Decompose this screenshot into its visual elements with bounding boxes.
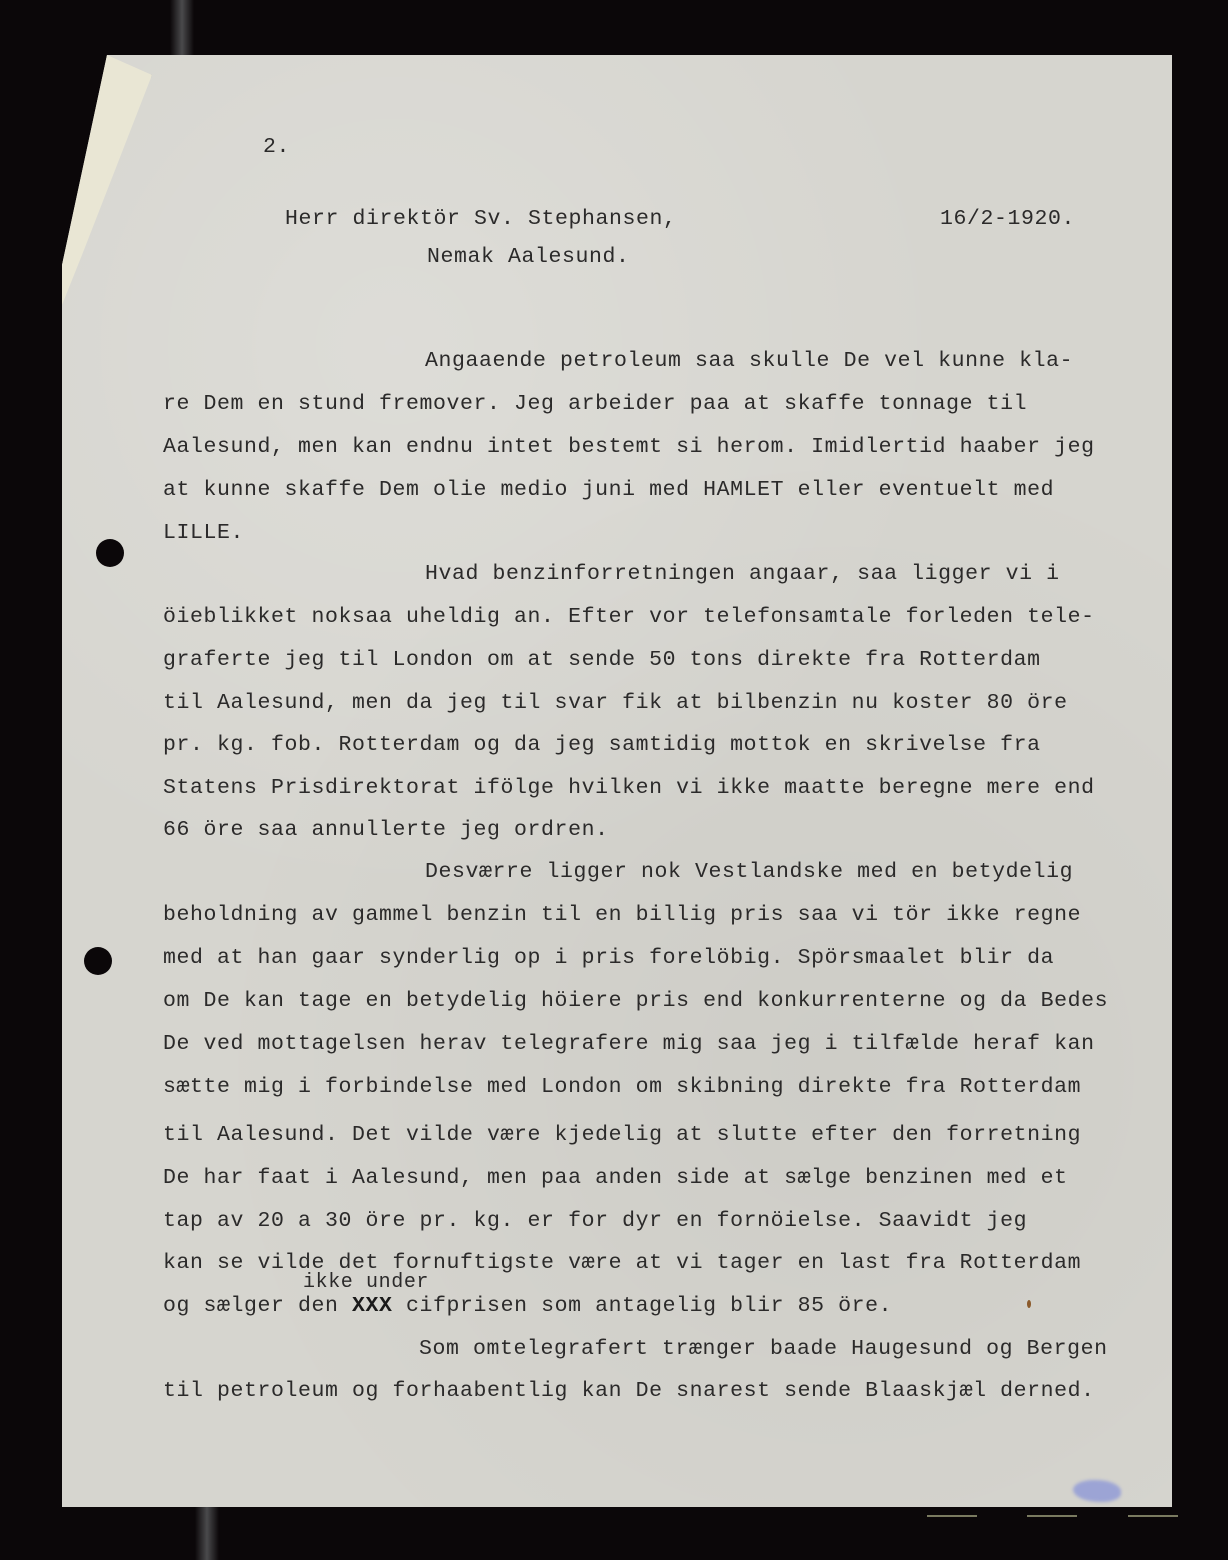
body-line: beholdning av gammel benzin til en billi… <box>163 903 1081 927</box>
struck-out-text: XXX <box>352 1294 393 1318</box>
body-line: om De kan tage en betydelig höiere pris … <box>163 989 1108 1013</box>
scanner-streak-bottom <box>195 1507 219 1560</box>
body-line: pr. kg. fob. Rotterdam og da jeg samtidi… <box>163 733 1041 757</box>
body-line: til Aalesund. Det vilde være kjedelig at… <box>163 1123 1081 1147</box>
addressee: Herr direktör Sv. Stephansen, <box>285 207 677 231</box>
body-line: Aalesund, men kan endnu intet bestemt si… <box>163 435 1095 459</box>
body-line: LILLE. <box>163 521 244 545</box>
body-line: Hvad benzinforretningen angaar, saa ligg… <box>425 562 1060 586</box>
typed-insertion: ikke under <box>303 1271 429 1294</box>
body-line: tap av 20 a 30 öre pr. kg. er for dyr en… <box>163 1209 1027 1233</box>
page-number: 2. <box>263 135 290 159</box>
location: Nemak Aalesund. <box>427 245 630 269</box>
scan-marker <box>927 1515 977 1517</box>
line-suffix: cifprisen som antagelig blir 85 öre. <box>393 1294 893 1318</box>
scan-marker <box>1027 1515 1077 1517</box>
body-line: Som omtelegrafert trænger baade Haugesun… <box>419 1337 1108 1361</box>
body-line: med at han gaar synderlig op i pris fore… <box>163 946 1054 970</box>
line-prefix: og sælger den <box>163 1294 352 1318</box>
punch-hole-top <box>96 539 124 567</box>
body-line: graferte jeg til London om at sende 50 t… <box>163 648 1041 672</box>
body-line: 66 öre saa annullerte jeg ordren. <box>163 818 609 842</box>
scanner-streak-top <box>170 0 194 55</box>
punch-hole-bottom <box>84 947 112 975</box>
body-line: öieblikket noksaa uheldig an. Efter vor … <box>163 605 1095 629</box>
body-line: Desværre ligger nok Vestlandske med en b… <box>425 860 1073 884</box>
date: 16/2-1920. <box>940 207 1075 231</box>
body-line: De har faat i Aalesund, men paa anden si… <box>163 1166 1068 1190</box>
body-line: at kunne skaffe Dem olie medio juni med … <box>163 478 1054 502</box>
stain-mark <box>1027 1300 1031 1308</box>
body-line: til Aalesund, men da jeg til svar fik at… <box>163 691 1068 715</box>
body-line: De ved mottagelsen herav telegrafere mig… <box>163 1032 1095 1056</box>
body-line-with-correction: og sælger den XXX cifprisen som antageli… <box>163 1294 892 1318</box>
body-line: sætte mig i forbindelse med London om sk… <box>163 1075 1081 1099</box>
body-line: Statens Prisdirektorat ifölge hvilken vi… <box>163 776 1095 800</box>
body-line: kan se vilde det fornuftigste være at vi… <box>163 1251 1081 1275</box>
scan-marker <box>1128 1515 1178 1517</box>
body-line: Angaaende petroleum saa skulle De vel ku… <box>425 349 1073 373</box>
body-line: re Dem en stund fremover. Jeg arbeider p… <box>163 392 1027 416</box>
body-line: til petroleum og forhaabentlig kan De sn… <box>163 1379 1095 1403</box>
